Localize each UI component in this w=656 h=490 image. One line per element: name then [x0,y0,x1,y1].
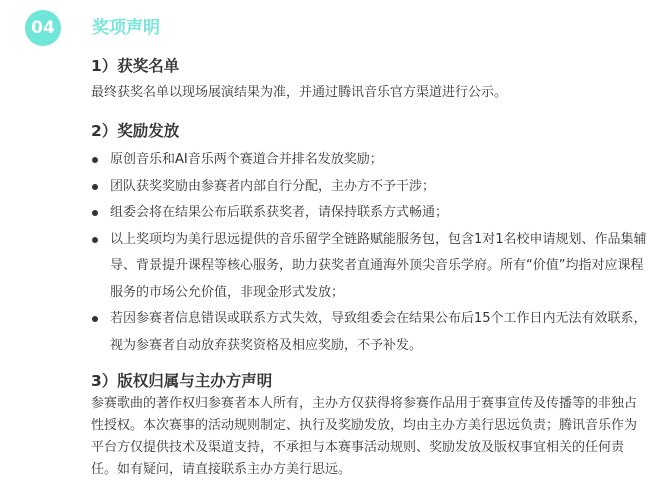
bullet-dot-icon [92,157,98,163]
list-item: 若因参赛者信息错误或联系方式失效，导致组委会在结果公布后15个工作日内无法有效联… [91,306,647,359]
subsection-winner-list: 1）获奖名单 最终获奖名单以现场展演结果为准，并通过腾讯音乐官方渠道进行公示。 [91,54,507,105]
subsection-title: 2）奖励发放 [91,119,647,143]
section-title: 奖项声明 [92,15,160,41]
bullet-dot-icon [92,210,98,216]
winner-list-text: 最终获奖名单以现场展演结果为准，并通过腾讯音乐官方渠道进行公示。 [91,81,507,105]
bullet-dot-icon [92,237,98,243]
subsection-reward-distribution: 2）奖励发放 原创音乐和AI音乐两个赛道合并排名发放奖励； 团队获奖奖励由参赛者… [91,119,647,359]
list-item-text: 团队获奖奖励由参赛者内部自行分配，主办方不予干涉； [110,179,435,194]
list-item-text: 若因参赛者信息错误或联系方式失效，导致组委会在结果公布后15个工作日内无法有效联… [110,311,647,353]
reward-bullet-list: 原创音乐和AI音乐两个赛道合并排名发放奖励； 团队获奖奖励由参赛者内部自行分配，… [91,147,647,359]
section-number-badge: 04 [25,10,61,46]
list-item-text: 组委会将在结果公布后联系获奖者，请保持联系方式畅通； [110,205,448,220]
list-item: 组委会将在结果公布后联系获奖者，请保持联系方式畅通； [91,200,647,227]
subsection-title: 1）获奖名单 [91,54,507,78]
list-item: 原创音乐和AI音乐两个赛道合并排名发放奖励； [91,147,647,174]
list-item-text: 以上奖项均为美行思远提供的音乐留学全链路赋能服务包，包含1对1名校申请规划、作品… [110,232,647,300]
bullet-dot-icon [92,184,98,190]
list-item-text: 原创音乐和AI音乐两个赛道合并排名发放奖励； [110,152,383,167]
list-item: 团队获奖奖励由参赛者内部自行分配，主办方不予干涉； [91,174,647,201]
section-header: 04 [25,10,61,46]
bullet-dot-icon [92,316,98,322]
copyright-text: 参赛歌曲的著作权归参赛者本人所有，主办方仅获得将参赛作品用于赛事宣传及传播等的非… [91,393,647,481]
list-item: 以上奖项均为美行思远提供的音乐留学全链路赋能服务包，包含1对1名校申请规划、作品… [91,227,647,307]
subsection-title: 3）版权归属与主办方声明 [91,369,647,393]
subsection-copyright-statement: 3）版权归属与主办方声明 参赛歌曲的著作权归参赛者本人所有，主办方仅获得将参赛作… [91,369,647,481]
